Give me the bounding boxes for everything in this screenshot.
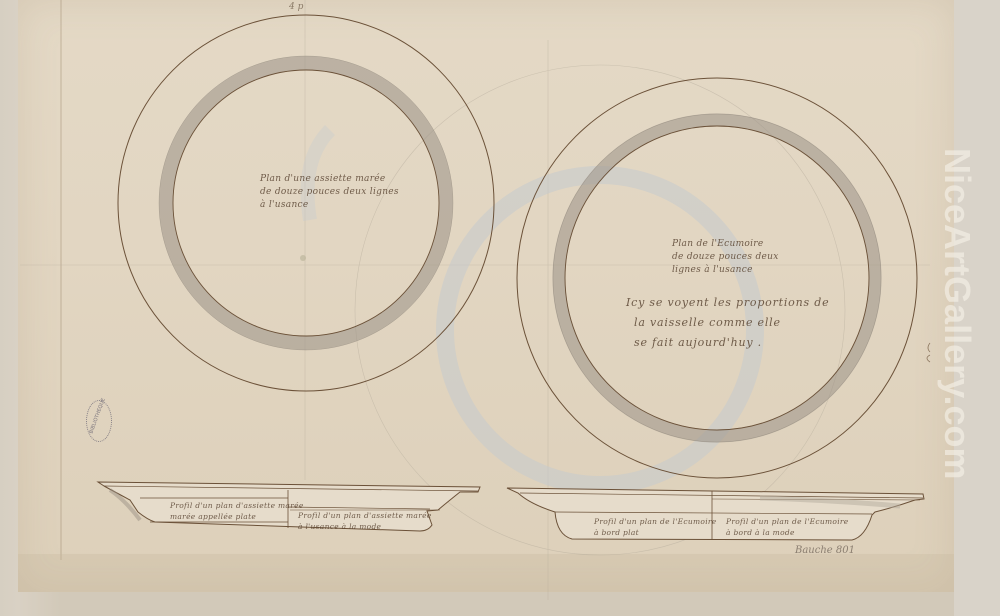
annotation-line: lignes à l'usance — [672, 264, 779, 277]
library-stamp: BIBLIOTHEQUE — [86, 400, 112, 442]
annotation-line: à bord à la mode — [726, 527, 849, 538]
annotation-line: de douze pouces deux lignes — [260, 186, 399, 199]
main-note-line: Icy se voyent les proportions de — [626, 293, 829, 313]
annotation-line: à bord plat — [594, 527, 717, 538]
annotation-line: à l'usance à la mode — [298, 521, 432, 532]
annotation-line: Plan d'une assiette marée — [260, 173, 399, 186]
left-profile-a-annotation: Profil d'un plan d'assiette marée marée … — [170, 500, 304, 522]
left-plate-annotation: Plan d'une assiette marée de douze pouce… — [260, 173, 399, 212]
right-profile-b-annotation: Profil d'un plan de l'Ecumoire à bord à … — [726, 516, 849, 538]
main-note-line: la vaisselle comme elle — [626, 313, 829, 333]
main-note-line: se fait aujourd'huy . — [626, 333, 829, 353]
right-profile-a-annotation: Profil d'un plan de l'Ecumoire à bord pl… — [594, 516, 717, 538]
watermark: NiceArtGallery.com — [938, 148, 978, 468]
annotation-line: Profil d'un plan d'assiette marée — [170, 500, 304, 511]
stamp-text: BIBLIOTHEQUE — [88, 397, 106, 434]
annotation-line: Profil d'un plan de l'Ecumoire — [726, 516, 849, 527]
right-plate-annotation: Plan de l'Ecumoire de douze pouces deux … — [672, 238, 779, 277]
drawing-canvas — [0, 0, 1000, 616]
annotation-line: marée appellée plate — [170, 511, 304, 522]
annotation-line: Profil d'un plan d'assiette marée — [298, 510, 432, 521]
annotation-line: Profil d'un plan de l'Ecumoire — [594, 516, 717, 527]
annotation-line: Plan de l'Ecumoire — [672, 238, 779, 251]
page-mark: 4 p — [289, 2, 303, 12]
archive-reference: Bauche 801 — [795, 545, 855, 556]
annotation-line: de douze pouces deux — [672, 251, 779, 264]
left-profile-b-annotation: Profil d'un plan d'assiette marée à l'us… — [298, 510, 432, 532]
main-note: Icy se voyent les proportions de la vais… — [626, 293, 829, 353]
margin-marks — [927, 343, 930, 362]
annotation-line: à l'usance — [260, 199, 399, 212]
